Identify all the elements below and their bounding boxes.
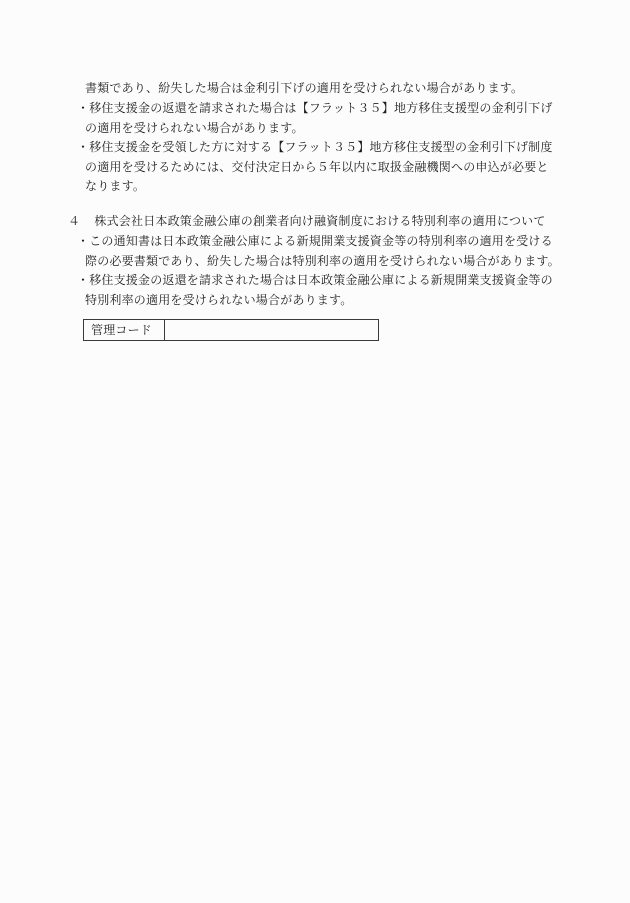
section4-number: ４ — [68, 215, 80, 227]
section4-heading: ４ 株式会社日本政策金融公庫の創業者向け融資制度における特別利率の適用について — [68, 215, 546, 227]
admin-code-value-cell — [165, 320, 378, 340]
text-line: の適用を受けるためには、交付決定日から５年以内に取扱金融機関への申込が必要と — [85, 161, 549, 173]
document-page: 書類であり、紛失した場合は金利引下げの適用を受けられない場合があります。 ・移住… — [0, 0, 630, 903]
bullet-line: ・この通知書は日本政策金融公庫による新規開業支援資金等の特別利率の適用を受ける — [77, 235, 553, 247]
text-line: の適用を受けられない場合があります。 — [85, 122, 304, 134]
admin-code-table: 管理コード — [83, 319, 379, 341]
bullet-line: ・移住支援金を受領した方に対する【フラット３５】地方移住支援型の金利引下げ制度 — [77, 141, 553, 153]
admin-code-label-cell: 管理コード — [84, 320, 165, 340]
text-line: 際の必要書類であり、紛失した場合は特別利率の適用を受けられない場合があります。 — [85, 255, 560, 267]
text-line: なります。 — [85, 180, 145, 192]
text-line: 書類であり、紛失した場合は金利引下げの適用を受けられない場合があります。 — [85, 82, 523, 94]
bullet-line: ・移住支援金の返還を請求された場合は日本政策金融公庫による新規開業支援資金等の — [77, 274, 553, 286]
section4-title: 株式会社日本政策金融公庫の創業者向け融資制度における特別利率の適用について — [94, 215, 545, 227]
text-line: 特別利率の適用を受けられない場合があります。 — [85, 294, 352, 306]
bullet-line: ・移住支援金の返還を請求された場合は【フラット３５】地方移住支援型の金利引下げ — [77, 102, 553, 114]
